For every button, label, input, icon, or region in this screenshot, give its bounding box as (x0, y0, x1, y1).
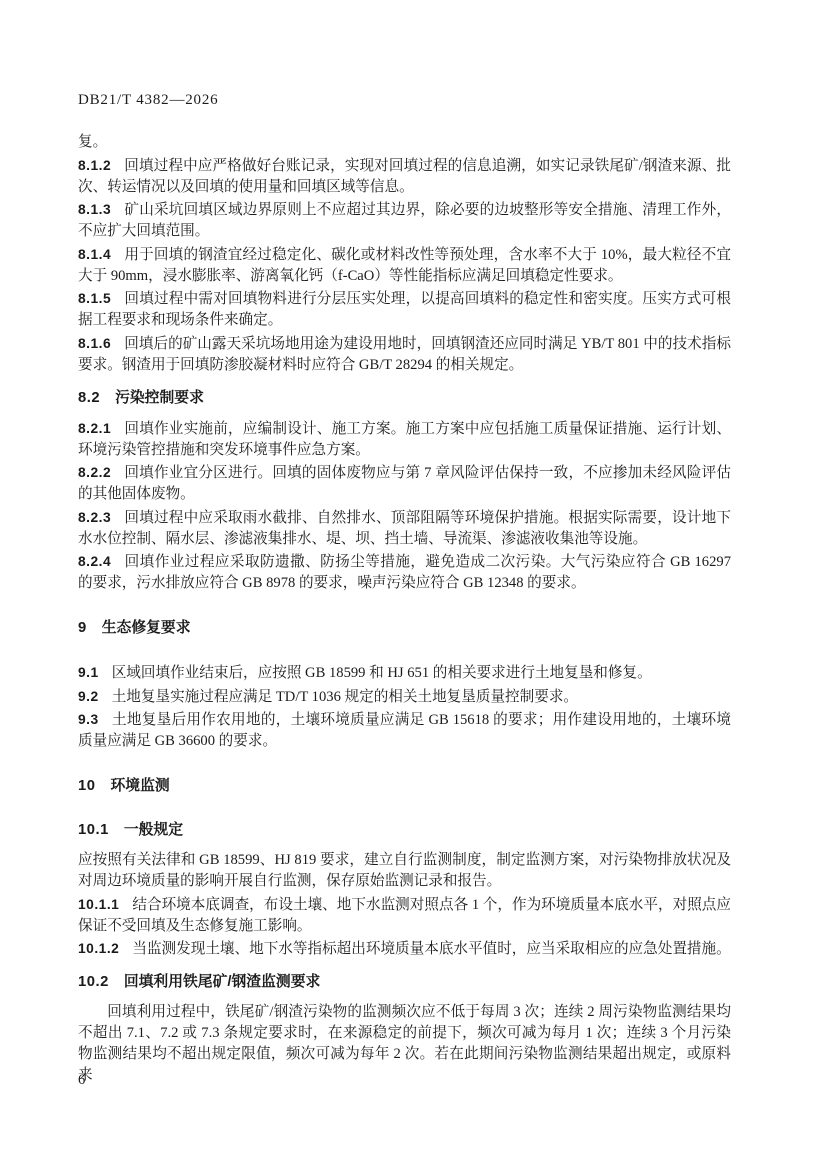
clause-8-1-4: 8.1.4用于回填的钢渣宜经过稳定化、碳化或材料改性等预处理，含水率不大于 10… (78, 244, 731, 287)
clause-9-2: 9.2土地复垦实施过程应满足 TD/T 1036 规定的相关土地复垦质量控制要求… (78, 686, 731, 708)
clause-8-2-2: 8.2.2回填作业宜分区进行。回填的固体废物应与第 7 章风险评估保持一致，不应… (78, 462, 731, 505)
clause-9-1: 9.1区域回填作业结束后，应按照 GB 18599 和 HJ 651 的相关要求… (78, 662, 731, 684)
clause-text: 回填过程中应严格做好台账记录，实现对回填过程的信息追溯，如实记录铁尾矿/钢渣来源… (78, 158, 731, 195)
clause-8-2-4: 8.2.4回填作业过程应采取防遗撒、防扬尘等措施，避免造成二次污染。大气污染应符… (78, 551, 731, 594)
clause-number: 8.1.4 (78, 247, 111, 262)
clause-number: 8.2.4 (78, 554, 111, 569)
clause-text: 当监测发现土壤、地下水等指标超出环境质量本底水平值时，应当采取相应的应急处置措施… (132, 941, 730, 957)
clause-text: 回填作业过程应采取防遗撒、防扬尘等措施，避免造成二次污染。大气污染应符合 GB … (78, 554, 731, 591)
heading-number: 10.1 (78, 822, 109, 838)
clause-number: 8.1.2 (78, 158, 111, 173)
heading-10: 10环境监测 (78, 776, 731, 797)
continuation-text: 复。 (78, 132, 731, 153)
clause-text: 回填作业宜分区进行。回填的固体废物应与第 7 章风险评估保持一致，不应掺加未经风… (78, 465, 731, 502)
clause-text: 用于回填的钢渣宜经过稳定化、碳化或材料改性等预处理，含水率不大于 10%，最大粒… (78, 247, 731, 284)
clause-number: 8.2.2 (78, 465, 111, 480)
heading-10-1: 10.1一般规定 (78, 820, 731, 841)
clause-text: 土地复垦实施过程应满足 TD/T 1036 规定的相关土地复垦质量控制要求。 (112, 689, 578, 705)
clause-9-3: 9.3土地复垦后用作农用地的，土壤环境质量应满足 GB 15618 的要求；用作… (78, 709, 731, 752)
clause-number: 9.2 (78, 689, 99, 704)
clause-text: 结合环境本底调查，布设土壤、地下水监测对照点各 1 个，作为环境质量本底水平，对… (78, 897, 731, 934)
clause-text: 回填后的矿山露天采坑场地用途为建设用地时，回填钢渣还应同时满足 YB/T 801… (78, 336, 731, 373)
heading-number: 8.2 (78, 390, 100, 406)
clause-text: 回填过程中需对回填物料进行分层压实处理，以提高回填料的稳定性和密实度。压实方式可… (78, 291, 731, 328)
clause-10-1-2: 10.1.2当监测发现土壤、地下水等指标超出环境质量本底水平值时，应当采取相应的… (78, 938, 731, 960)
heading-title: 一般规定 (124, 822, 183, 838)
heading-number: 10 (78, 778, 95, 794)
clause-number: 10.1.1 (78, 897, 119, 912)
clause-number: 9.1 (78, 665, 99, 680)
clause-number: 10.1.2 (78, 941, 119, 956)
page-number: 6 (78, 1072, 85, 1089)
clause-8-1-5: 8.1.5回填过程中需对回填物料进行分层压实处理，以提高回填料的稳定性和密实度。… (78, 288, 731, 331)
heading-title: 环境监测 (110, 778, 169, 794)
heading-title: 污染控制要求 (115, 390, 204, 406)
clause-10-1-1: 10.1.1结合环境本底调查，布设土壤、地下水监测对照点各 1 个，作为环境质量… (78, 894, 731, 937)
clause-8-1-6: 8.1.6回填后的矿山露天采坑场地用途为建设用地时，回填钢渣还应同时满足 YB/… (78, 333, 731, 376)
clause-text: 回填作业实施前，应编制设计、施工方案。施工方案中应包括施工质量保证措施、运行计划… (78, 421, 731, 458)
clause-8-2-3: 8.2.3回填过程中应采取雨水截排、自然排水、顶部阻隔等环境保护措施。根据实际需… (78, 507, 731, 550)
clause-number: 9.3 (78, 712, 99, 727)
page-content: DB21/T 4382—2026 复。 8.1.2回填过程中应严格做好台账记录，… (78, 92, 731, 1088)
document-page: DB21/T 4382—2026 复。 8.1.2回填过程中应严格做好台账记录，… (0, 0, 827, 1170)
heading-title: 生态修复要求 (102, 620, 191, 636)
clause-number: 8.2.3 (78, 510, 111, 525)
heading-number: 9 (78, 620, 87, 636)
clause-text: 区域回填作业结束后，应按照 GB 18599 和 HJ 651 的相关要求进行土… (112, 665, 652, 681)
heading-title: 回填利用铁尾矿/钢渣监测要求 (124, 974, 320, 990)
heading-10-2: 10.2回填利用铁尾矿/钢渣监测要求 (78, 972, 731, 993)
standard-number-header: DB21/T 4382—2026 (78, 92, 731, 109)
clause-number: 8.1.3 (78, 202, 111, 217)
heading-8-2: 8.2污染控制要求 (78, 388, 731, 409)
heading-9: 9生态修复要求 (78, 618, 731, 639)
clause-8-1-2: 8.1.2回填过程中应严格做好台账记录，实现对回填过程的信息追溯，如实记录铁尾矿… (78, 155, 731, 198)
heading-number: 10.2 (78, 974, 109, 990)
clause-number: 8.1.5 (78, 291, 111, 306)
clause-text: 土地复垦后用作农用地的，土壤环境质量应满足 GB 15618 的要求；用作建设用… (78, 712, 731, 749)
clause-text: 回填过程中应采取雨水截排、自然排水、顶部阻隔等环境保护措施。根据实际需要，设计地… (78, 510, 731, 547)
clause-text: 矿山采坑回填区域边界原则上不应超过其边界，除必要的边坡整形等安全措施、清理工作外… (78, 202, 731, 239)
clause-8-2-1: 8.2.1回填作业实施前，应编制设计、施工方案。施工方案中应包括施工质量保证措施… (78, 418, 731, 461)
clause-8-1-3: 8.1.3矿山采坑回填区域边界原则上不应超过其边界，除必要的边坡整形等安全措施、… (78, 199, 731, 242)
clause-number: 8.2.1 (78, 421, 111, 436)
clause-number: 8.1.6 (78, 336, 111, 351)
paragraph-10-2-body: 回填利用过程中，铁尾矿/钢渣污染物的监测频次应不低于每周 3 次；连续 2 周污… (78, 1002, 731, 1086)
paragraph-10-1-general: 应按照有关法律和 GB 18599、HJ 819 要求，建立自行监测制度，制定监… (78, 850, 731, 892)
